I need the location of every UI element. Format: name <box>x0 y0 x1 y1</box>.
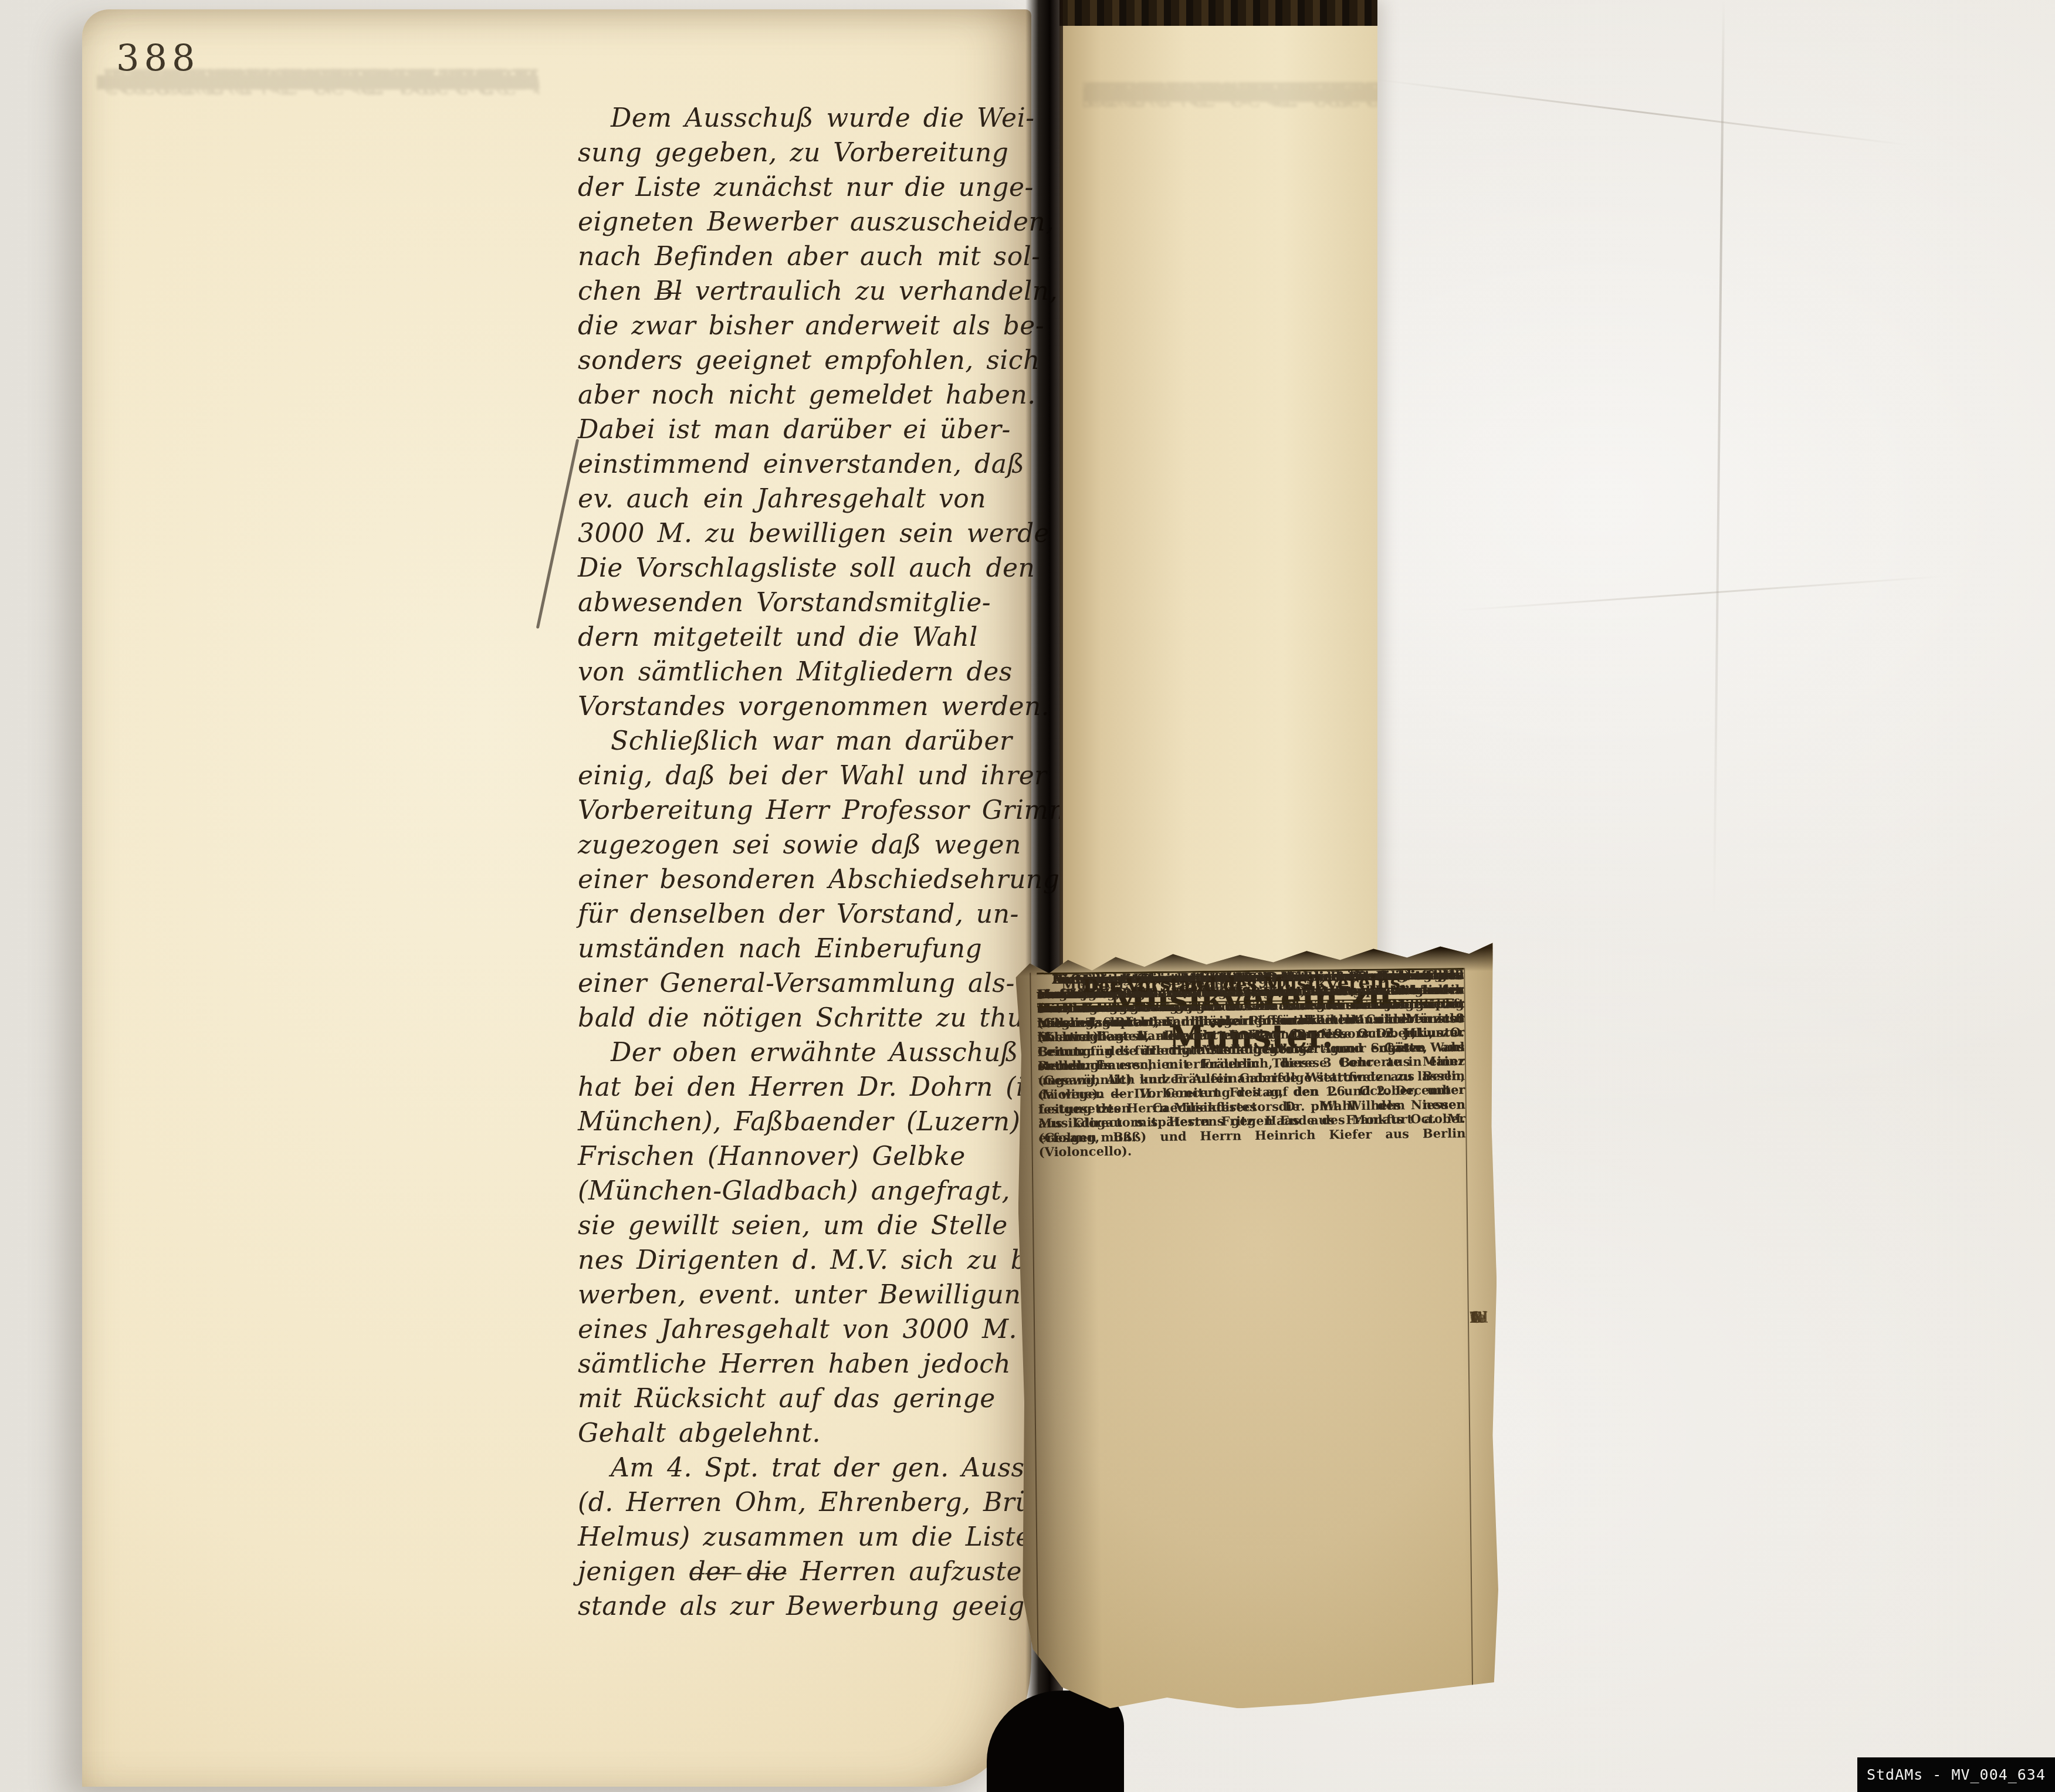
handwriting-line: von sämtlichen Mitgliedern des <box>578 655 1025 689</box>
handwriting-line: Helmus) zusammen um die Liste der- <box>578 1520 1025 1554</box>
handwriting-line: sie gewillt seien, um die Stelle ei- <box>578 1208 1025 1243</box>
handwriting-line: werben, event. unter Bewilligung <box>578 1278 1025 1312</box>
handwriting-line: einer besonderen Abschiedsehrung <box>578 862 1025 897</box>
handwriting-line: einer General-Versammlung als- <box>578 966 1025 1001</box>
handwriting-line: nes Dirigenten d. M.V. sich zu be- <box>578 1243 1025 1278</box>
handwriting-line: zugezogen sei sowie daß wegen <box>578 828 1025 862</box>
handwriting-line: ev. auch ein Jahresgehalt von <box>578 482 1025 516</box>
handwriting-line: dern mitgeteilt und die Wahl <box>578 620 1025 655</box>
handwriting-line: der Liste zunächst nur die unge- <box>578 170 1025 205</box>
archive-scan: 388 Dem Ausschuß wurde die Wei-sung gege… <box>0 0 2055 1792</box>
ink-bleedthrough-layer: Dem Ausschuß wurde die Wei-sung gegeben,… <box>97 62 540 1757</box>
handwriting-line: mit Rücksicht auf das geringe <box>578 1381 1025 1416</box>
archive-reference-label: StdAMs - MV_004_634 <box>1857 1757 2055 1792</box>
handwriting-line: hat bei den Herren Dr. Dohrn (in <box>578 1070 1025 1105</box>
gutter-curve-shadow <box>1015 933 1502 1710</box>
handwriting-line: sonders geeignet empfohlen, sich <box>578 343 1025 378</box>
handwriting-line: die zwar bisher anderweit als be- <box>578 309 1025 343</box>
page-number: 388 <box>116 36 199 79</box>
handwriting-line: abwesenden Vorstandsmitglie- <box>578 585 1025 620</box>
handwriting-line: jenigen d̶e̶r̶ ̶d̶i̶e̶ Herren aufzustell… <box>578 1554 1025 1589</box>
handwriting-line: eigneten Bewerber auszuscheiden, <box>578 205 1025 239</box>
handwriting-line: 3000 M. zu bewilligen sein werde <box>578 516 1025 551</box>
handwriting-line: eines Jahresgehalt von 3000 M. <box>578 1312 1025 1347</box>
handwriting-line: München), Faßbaender (Luzern), <box>578 1105 1025 1139</box>
handwriting-line: Gehalt abgelehnt. <box>578 1416 1025 1451</box>
handwriting-line: (d. Herren Ohm, Ehrenberg, Brüning, <box>578 1485 1025 1520</box>
handwritten-protocol-text: Dem Ausschuß wurde die Wei-sung gegeben,… <box>578 101 1025 1624</box>
handwriting-line: Schließlich war man darüber <box>578 724 1025 758</box>
handwriting-line: Dem Ausschuß wurde die Wei- <box>578 101 1025 135</box>
handwriting-line: einig, daß bei der Wahl und ihrer <box>578 758 1025 793</box>
handwriting-line: Frischen (Hannover) Gelbke <box>578 1139 1025 1174</box>
handwriting-line: aber noch nicht gemeldet haben. <box>578 378 1025 412</box>
page-block-edge <box>1059 0 1377 26</box>
newspaper-clipping: Musikverein zu Münster. Die Concertperio… <box>1015 933 1502 1710</box>
handwriting-line: chen B̶l̶ vertraulich zu verhandeln, <box>578 274 1025 309</box>
handwriting-line: (München-Gladbach) angefragt, ob <box>578 1174 1025 1208</box>
handwriting-line: umständen nach Einberufung <box>578 931 1025 966</box>
handwriting-line: sung gegeben, zu Vorbereitung <box>578 135 1025 170</box>
facing-page-edge: Dem Ausschuß wurde die Wei-sung gegeben,… <box>1059 0 1377 997</box>
handwriting-line: sämtliche Herren haben jedoch <box>578 1347 1025 1381</box>
handwriting-line: Dabei ist man darüber ei über- <box>578 412 1025 447</box>
handwriting-line: Am 4. Spt. trat der gen. Ausschuß <box>578 1451 1025 1485</box>
handwriting-line: einstimmend einverstanden, daß <box>578 447 1025 482</box>
handwriting-line: Vorbereitung Herr Professor Grimm <box>578 793 1025 828</box>
handwriting-line: Der oben erwähnte Ausschuß <box>578 1035 1025 1070</box>
handwriting-line: stande als zur Bewerbung geeignet <box>578 1589 1025 1624</box>
ink-bleedthrough-layer: Dem Ausschuß wurde die Wei-sung gegeben,… <box>1083 70 1377 950</box>
handwriting-line: für denselben der Vorstand, un- <box>578 897 1025 931</box>
handwriting-line: bald die nötigen Schritte zu thun habe. <box>578 1001 1025 1035</box>
handwriting-line: Die Vorschlagsliste soll auch den <box>578 551 1025 585</box>
bleedthrough-line: stande als zur Bewerbung geeignet <box>1083 70 1377 116</box>
handwriting-line: Vorstandes vorgenommen werden. <box>578 689 1025 724</box>
handwriting-line: nach Befinden aber auch mit sol- <box>578 239 1025 274</box>
